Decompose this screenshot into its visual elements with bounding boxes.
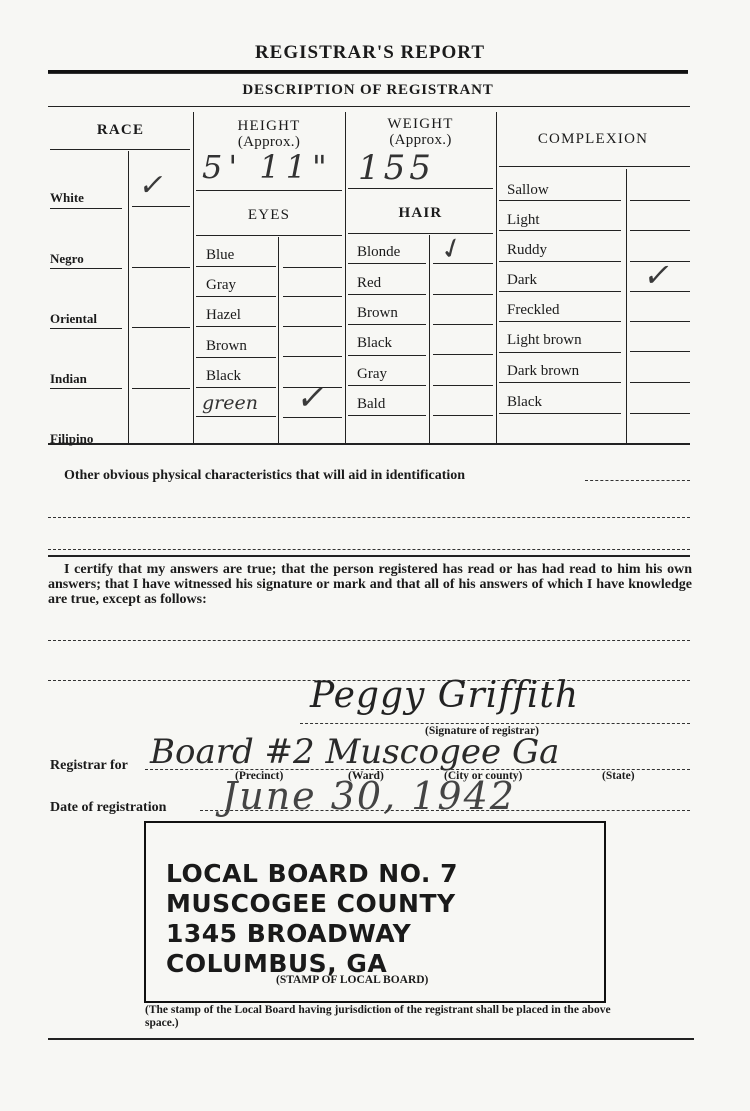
race-white-check-icon[interactable]: ✓ (136, 168, 169, 203)
row-rule (132, 388, 190, 389)
complexion-option-dark-brown: Dark brown (507, 363, 579, 380)
hair-option-gray: Gray (357, 366, 387, 383)
other-characteristics-line-2[interactable] (48, 517, 690, 518)
row-rule (630, 351, 690, 352)
row-rule (433, 385, 493, 386)
row-rule (433, 415, 493, 416)
row-rule (630, 413, 690, 414)
eyes-option-blue: Blue (206, 247, 234, 264)
date-line (200, 810, 690, 811)
complexion-header: COMPLEXION (496, 131, 690, 147)
row-rule (283, 356, 342, 357)
weight-header: WEIGHT (Approx.) (345, 116, 496, 148)
row-rule (348, 355, 426, 356)
signature-line (300, 723, 690, 724)
hair-option-bald: Bald (357, 396, 385, 413)
eyes-header: EYES (193, 207, 345, 223)
hair-option-brown: Brown (357, 305, 398, 322)
row-rule (196, 387, 276, 388)
stamp-line-1: LOCAL BOARD NO. 7 (166, 859, 458, 889)
state-caption: (State) (602, 770, 635, 782)
row-rule (433, 294, 493, 295)
row-rule (50, 208, 122, 209)
title-rule (48, 70, 688, 74)
complexion-option-ruddy: Ruddy (507, 242, 547, 259)
row-rule (433, 263, 493, 264)
weight-header-sub: (Approx.) (345, 132, 496, 148)
row-rule (630, 382, 690, 383)
col-divider (429, 235, 430, 443)
race-option-oriental: Oriental (50, 311, 97, 327)
complexion-option-light: Light (507, 212, 540, 229)
eyes-green-check-icon[interactable]: ✓ (294, 378, 331, 418)
col-divider (626, 169, 627, 443)
row-rule (499, 321, 621, 322)
row-rule (132, 206, 190, 207)
row-rule (630, 321, 690, 322)
row-rule (499, 261, 621, 262)
row-rule (283, 267, 342, 268)
row-rule (50, 328, 122, 329)
row-rule (196, 296, 276, 297)
row-rule (348, 233, 493, 234)
eyes-option-brown: Brown (206, 338, 247, 355)
row-rule (499, 200, 621, 201)
hair-option-blonde: Blonde (357, 244, 400, 261)
row-rule (196, 326, 276, 327)
row-rule (50, 388, 122, 389)
col-divider (496, 112, 497, 443)
table-bottom-rule (48, 443, 690, 445)
row-rule (132, 327, 190, 328)
row-rule (132, 267, 190, 268)
row-rule (283, 296, 342, 297)
row-rule (196, 266, 276, 267)
row-rule (50, 268, 122, 269)
hair-option-red: Red (357, 275, 381, 292)
col-divider (128, 151, 129, 443)
col-divider (345, 112, 346, 443)
row-rule (348, 188, 493, 189)
row-rule (196, 357, 276, 358)
stamp-content: LOCAL BOARD NO. 7 MUSCOGEE COUNTY 1345 B… (166, 859, 458, 979)
row-rule (499, 413, 621, 414)
other-characteristics-line[interactable] (585, 480, 690, 481)
weight-header-label: WEIGHT (345, 116, 496, 132)
complexion-option-freckled: Freckled (507, 302, 559, 319)
certification-text: I certify that my answers are true; that… (48, 562, 692, 607)
row-rule (196, 235, 342, 236)
height-value[interactable]: 5' 11" (202, 148, 333, 186)
date-of-registration-label: Date of registration (50, 800, 166, 815)
section-title: DESCRIPTION OF REGISTRANT (48, 82, 688, 99)
height-header: HEIGHT (Approx.) (193, 118, 345, 150)
row-rule (348, 263, 426, 264)
stamp-caption: (STAMP OF LOCAL BOARD) (276, 974, 428, 986)
complexion-option-dark: Dark (507, 272, 537, 289)
row-rule (499, 382, 621, 383)
row-rule (499, 166, 690, 167)
race-option-negro: Negro (50, 251, 84, 267)
eyes-option-gray: Gray (206, 277, 236, 294)
col-divider (193, 112, 194, 443)
eyes-written-in[interactable]: green (202, 392, 258, 414)
weight-value[interactable]: 155 (358, 148, 435, 188)
complexion-option-black: Black (507, 394, 542, 411)
row-rule (499, 291, 621, 292)
row-rule (50, 149, 190, 150)
other-characteristics-label: Other obvious physical characteristics t… (64, 468, 465, 483)
col-divider (278, 237, 279, 443)
race-option-indian: Indian (50, 371, 87, 387)
page-title: REGISTRAR'S REPORT (0, 42, 740, 64)
row-rule (283, 326, 342, 327)
row-rule (196, 190, 342, 191)
table-top-rule (48, 106, 690, 107)
row-rule (630, 200, 690, 201)
complexion-option-light-brown: Light brown (507, 332, 582, 349)
stamp-note: (The stamp of the Local Board having jur… (145, 1004, 615, 1030)
stamp-line-3: 1345 BROADWAY (166, 919, 458, 949)
eyes-option-hazel: Hazel (206, 307, 241, 324)
row-rule (433, 354, 493, 355)
row-rule (348, 385, 426, 386)
row-rule (196, 416, 276, 417)
hair-header: HAIR (345, 205, 496, 221)
date-of-registration-value[interactable]: June 30, 1942 (222, 774, 516, 818)
complexion-option-sallow: Sallow (507, 182, 549, 199)
registrar-for-label: Registrar for (50, 758, 128, 773)
hair-option-black: Black (357, 335, 392, 352)
row-rule (499, 230, 621, 231)
row-rule (348, 324, 426, 325)
height-header-label: HEIGHT (193, 118, 345, 134)
local-board-stamp-box: LOCAL BOARD NO. 7 MUSCOGEE COUNTY 1345 B… (144, 821, 606, 1003)
registrar-signature[interactable]: Peggy Griffith (310, 675, 579, 716)
race-option-filipino: Filipino (50, 431, 93, 447)
eyes-option-black: Black (206, 368, 241, 385)
row-rule (499, 352, 621, 353)
row-rule (433, 324, 493, 325)
row-rule (630, 230, 690, 231)
row-rule (348, 415, 426, 416)
race-option-white: White (50, 190, 84, 206)
section-rule (48, 555, 690, 557)
race-header: RACE (48, 122, 193, 138)
bottom-rule (48, 1038, 694, 1040)
stamp-line-2: MUSCOGEE COUNTY (166, 889, 458, 919)
registrar-for-value[interactable]: Board #2 Muscogee Ga (150, 732, 559, 772)
other-characteristics-line-3[interactable] (48, 549, 690, 550)
row-rule (348, 294, 426, 295)
exceptions-line-1[interactable] (48, 640, 690, 641)
